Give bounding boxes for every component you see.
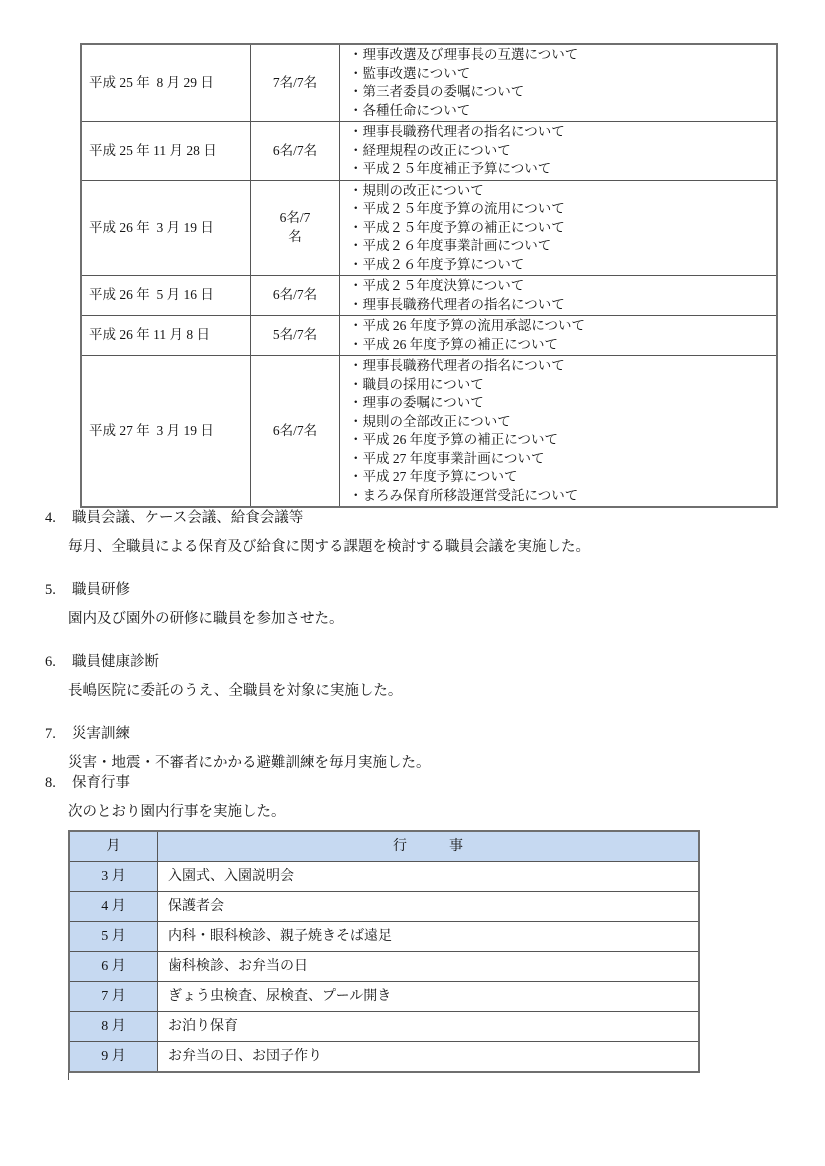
agenda-item: ・平成 27 年度予算について (349, 468, 772, 487)
document-page: 平成 25 年 8 月 29 日 7名/7名 ・理事改選及び理事長の互選について… (0, 0, 825, 1166)
event-month: 7 月 (69, 982, 158, 1012)
board-meetings-table: 平成 25 年 8 月 29 日 7名/7名 ・理事改選及び理事長の互選について… (80, 43, 778, 508)
agenda-item: ・各種任命について (349, 102, 772, 121)
agenda-items: ・平成２５年度決算について ・理事長職務代理者の指名について (340, 276, 778, 316)
event-description: 歯科検診、お弁当の日 (158, 952, 700, 982)
agenda-item: ・理事改選及び理事長の互選について (349, 46, 772, 65)
attendance-count: 5名/7名 (251, 316, 340, 356)
attendance-count: 6名/7名 (251, 356, 340, 508)
agenda-items: ・理事改選及び理事長の互選について ・監事改選について ・第三者委員の委嘱につい… (340, 44, 778, 122)
section-body: 災害・地震・不審者にかかる避難訓練を毎月実施した。 (68, 753, 785, 773)
section-childcare-events: 8. 保育行事 次のとおり園内行事を実施した。 月 行 事 3 月 入園式、入園… (45, 773, 785, 1080)
meeting-date: 平成 25 年 8 月 29 日 (81, 44, 251, 122)
agenda-item: ・平成 26 年度予算の補正について (349, 431, 772, 450)
event-month: 5 月 (69, 922, 158, 952)
meeting-date: 平成 27 年 3 月 19 日 (81, 356, 251, 508)
agenda-items: ・規則の改正について ・平成２５年度予算の流用について ・平成２５年度予算の補正… (340, 180, 778, 276)
attendance-count: 6名/7名 (251, 276, 340, 316)
section-title: 職員会議、ケース会議、給食会議等 (72, 508, 785, 528)
meeting-date: 平成 26 年 11 月 8 日 (81, 316, 251, 356)
month-column-header: 月 (69, 831, 158, 862)
agenda-item: ・規則の全部改正について (349, 413, 772, 432)
section-title: 職員研修 (72, 580, 785, 600)
event-description: 入園式、入園説明会 (158, 862, 700, 892)
attendance-count: 6名/7名 (251, 122, 340, 181)
event-month: 8 月 (69, 1012, 158, 1042)
table-row: 3 月 入園式、入園説明会 (69, 862, 699, 892)
event-column-header: 行 事 (158, 831, 700, 862)
event-description: ぎょう虫検査、尿検査、プール開き (158, 982, 700, 1012)
agenda-item: ・第三者委員の委嘱について (349, 83, 772, 102)
agenda-item: ・平成 27 年度事業計画について (349, 450, 772, 469)
section-disaster-drill: 7. 災害訓練 災害・地震・不審者にかかる避難訓練を毎月実施した。 (45, 724, 785, 773)
section-staff-training: 5. 職員研修 園内及び園外の研修に職員を参加させた。 (45, 580, 785, 629)
meeting-date: 平成 26 年 5 月 16 日 (81, 276, 251, 316)
agenda-items: ・理事長職務代理者の指名について ・職員の採用について ・理事の委嘱について ・… (340, 356, 778, 508)
agenda-item: ・経理規程の改正について (349, 142, 772, 161)
events-table: 月 行 事 3 月 入園式、入園説明会 4 月 保護者会 5 月 (68, 830, 700, 1073)
agenda-item: ・理事長職務代理者の指名について (349, 123, 772, 142)
agenda-item: ・平成２５年度決算について (349, 277, 772, 296)
agenda-items: ・理事長職務代理者の指名について ・経理規程の改正について ・平成２５年度補正予… (340, 122, 778, 181)
section-staff-meetings: 4. 職員会議、ケース会議、給食会議等 毎月、全職員による保育及び給食に関する課… (45, 508, 785, 557)
section-heading: 5. 職員研修 (45, 580, 785, 600)
table-row: 平成 26 年 3 月 19 日 6名/7 名 ・規則の改正について ・平成２５… (81, 180, 777, 276)
table-row: 7 月 ぎょう虫検査、尿検査、プール開き (69, 982, 699, 1012)
agenda-item: ・職員の採用について (349, 376, 772, 395)
section-body: 毎月、全職員による保育及び給食に関する課題を検討する職員会議を実施した。 (68, 537, 785, 557)
table-row: 4 月 保護者会 (69, 892, 699, 922)
section-body: 次のとおり園内行事を実施した。 (68, 802, 785, 822)
numbered-sections: 4. 職員会議、ケース会議、給食会議等 毎月、全職員による保育及び給食に関する課… (45, 508, 785, 1080)
table-row: 6 月 歯科検診、お弁当の日 (69, 952, 699, 982)
section-number: 5. (45, 580, 72, 600)
event-description: お弁当の日、お団子作り (158, 1042, 700, 1073)
section-number: 7. (45, 724, 72, 744)
section-heading: 6. 職員健康診断 (45, 652, 785, 672)
agenda-item: ・平成２５年度補正予算について (349, 160, 772, 179)
meeting-date: 平成 25 年 11 月 28 日 (81, 122, 251, 181)
agenda-items: ・平成 26 年度予算の流用承認について ・平成 26 年度予算の補正について (340, 316, 778, 356)
meeting-date: 平成 26 年 3 月 19 日 (81, 180, 251, 276)
table-row: 8 月 お泊り保育 (69, 1012, 699, 1042)
table-continuation-stub (68, 1073, 69, 1080)
table-row: 9 月 お弁当の日、お団子作り (69, 1042, 699, 1073)
section-body: 長嶋医院に委託のうえ、全職員を対象に実施した。 (68, 681, 785, 701)
event-month: 9 月 (69, 1042, 158, 1073)
event-month: 6 月 (69, 952, 158, 982)
agenda-item: ・理事長職務代理者の指名について (349, 357, 772, 376)
event-month: 3 月 (69, 862, 158, 892)
event-month: 4 月 (69, 892, 158, 922)
section-title: 災害訓練 (72, 724, 785, 744)
section-heading: 7. 災害訓練 (45, 724, 785, 744)
agenda-item: ・平成 26 年度予算の補正について (349, 336, 772, 355)
table-row: 平成 26 年 11 月 8 日 5名/7名 ・平成 26 年度予算の流用承認に… (81, 316, 777, 356)
agenda-item: ・平成２５年度予算の補正について (349, 219, 772, 238)
event-description: 内科・眼科検診、親子焼きそば遠足 (158, 922, 700, 952)
attendance-count: 6名/7 名 (251, 180, 340, 276)
agenda-item: ・平成２５年度予算の流用について (349, 200, 772, 219)
section-number: 6. (45, 652, 72, 672)
section-heading: 8. 保育行事 (45, 773, 785, 793)
section-title: 職員健康診断 (72, 652, 785, 672)
event-description: お泊り保育 (158, 1012, 700, 1042)
table-row: 平成 25 年 8 月 29 日 7名/7名 ・理事改選及び理事長の互選について… (81, 44, 777, 122)
agenda-item: ・平成２６年度予算について (349, 256, 772, 275)
section-health-checkup: 6. 職員健康診断 長嶋医院に委託のうえ、全職員を対象に実施した。 (45, 652, 785, 701)
agenda-item: ・理事の委嘱について (349, 394, 772, 413)
section-number: 8. (45, 773, 72, 793)
event-description: 保護者会 (158, 892, 700, 922)
table-row: 平成 26 年 5 月 16 日 6名/7名 ・平成２５年度決算について ・理事… (81, 276, 777, 316)
section-heading: 4. 職員会議、ケース会議、給食会議等 (45, 508, 785, 528)
agenda-item: ・まろみ保育所移設運営受託について (349, 487, 772, 506)
attendance-count: 7名/7名 (251, 44, 340, 122)
agenda-item: ・平成２６年度事業計画について (349, 237, 772, 256)
agenda-item: ・監事改選について (349, 65, 772, 84)
events-header-row: 月 行 事 (69, 831, 699, 862)
table-row: 平成 27 年 3 月 19 日 6名/7名 ・理事長職務代理者の指名について … (81, 356, 777, 508)
section-body: 園内及び園外の研修に職員を参加させた。 (68, 609, 785, 629)
agenda-item: ・理事長職務代理者の指名について (349, 296, 772, 315)
table-row: 平成 25 年 11 月 28 日 6名/7名 ・理事長職務代理者の指名について… (81, 122, 777, 181)
agenda-item: ・規則の改正について (349, 182, 772, 201)
agenda-item: ・平成 26 年度予算の流用承認について (349, 317, 772, 336)
table-row: 5 月 内科・眼科検診、親子焼きそば遠足 (69, 922, 699, 952)
section-title: 保育行事 (72, 773, 785, 793)
section-number: 4. (45, 508, 72, 528)
